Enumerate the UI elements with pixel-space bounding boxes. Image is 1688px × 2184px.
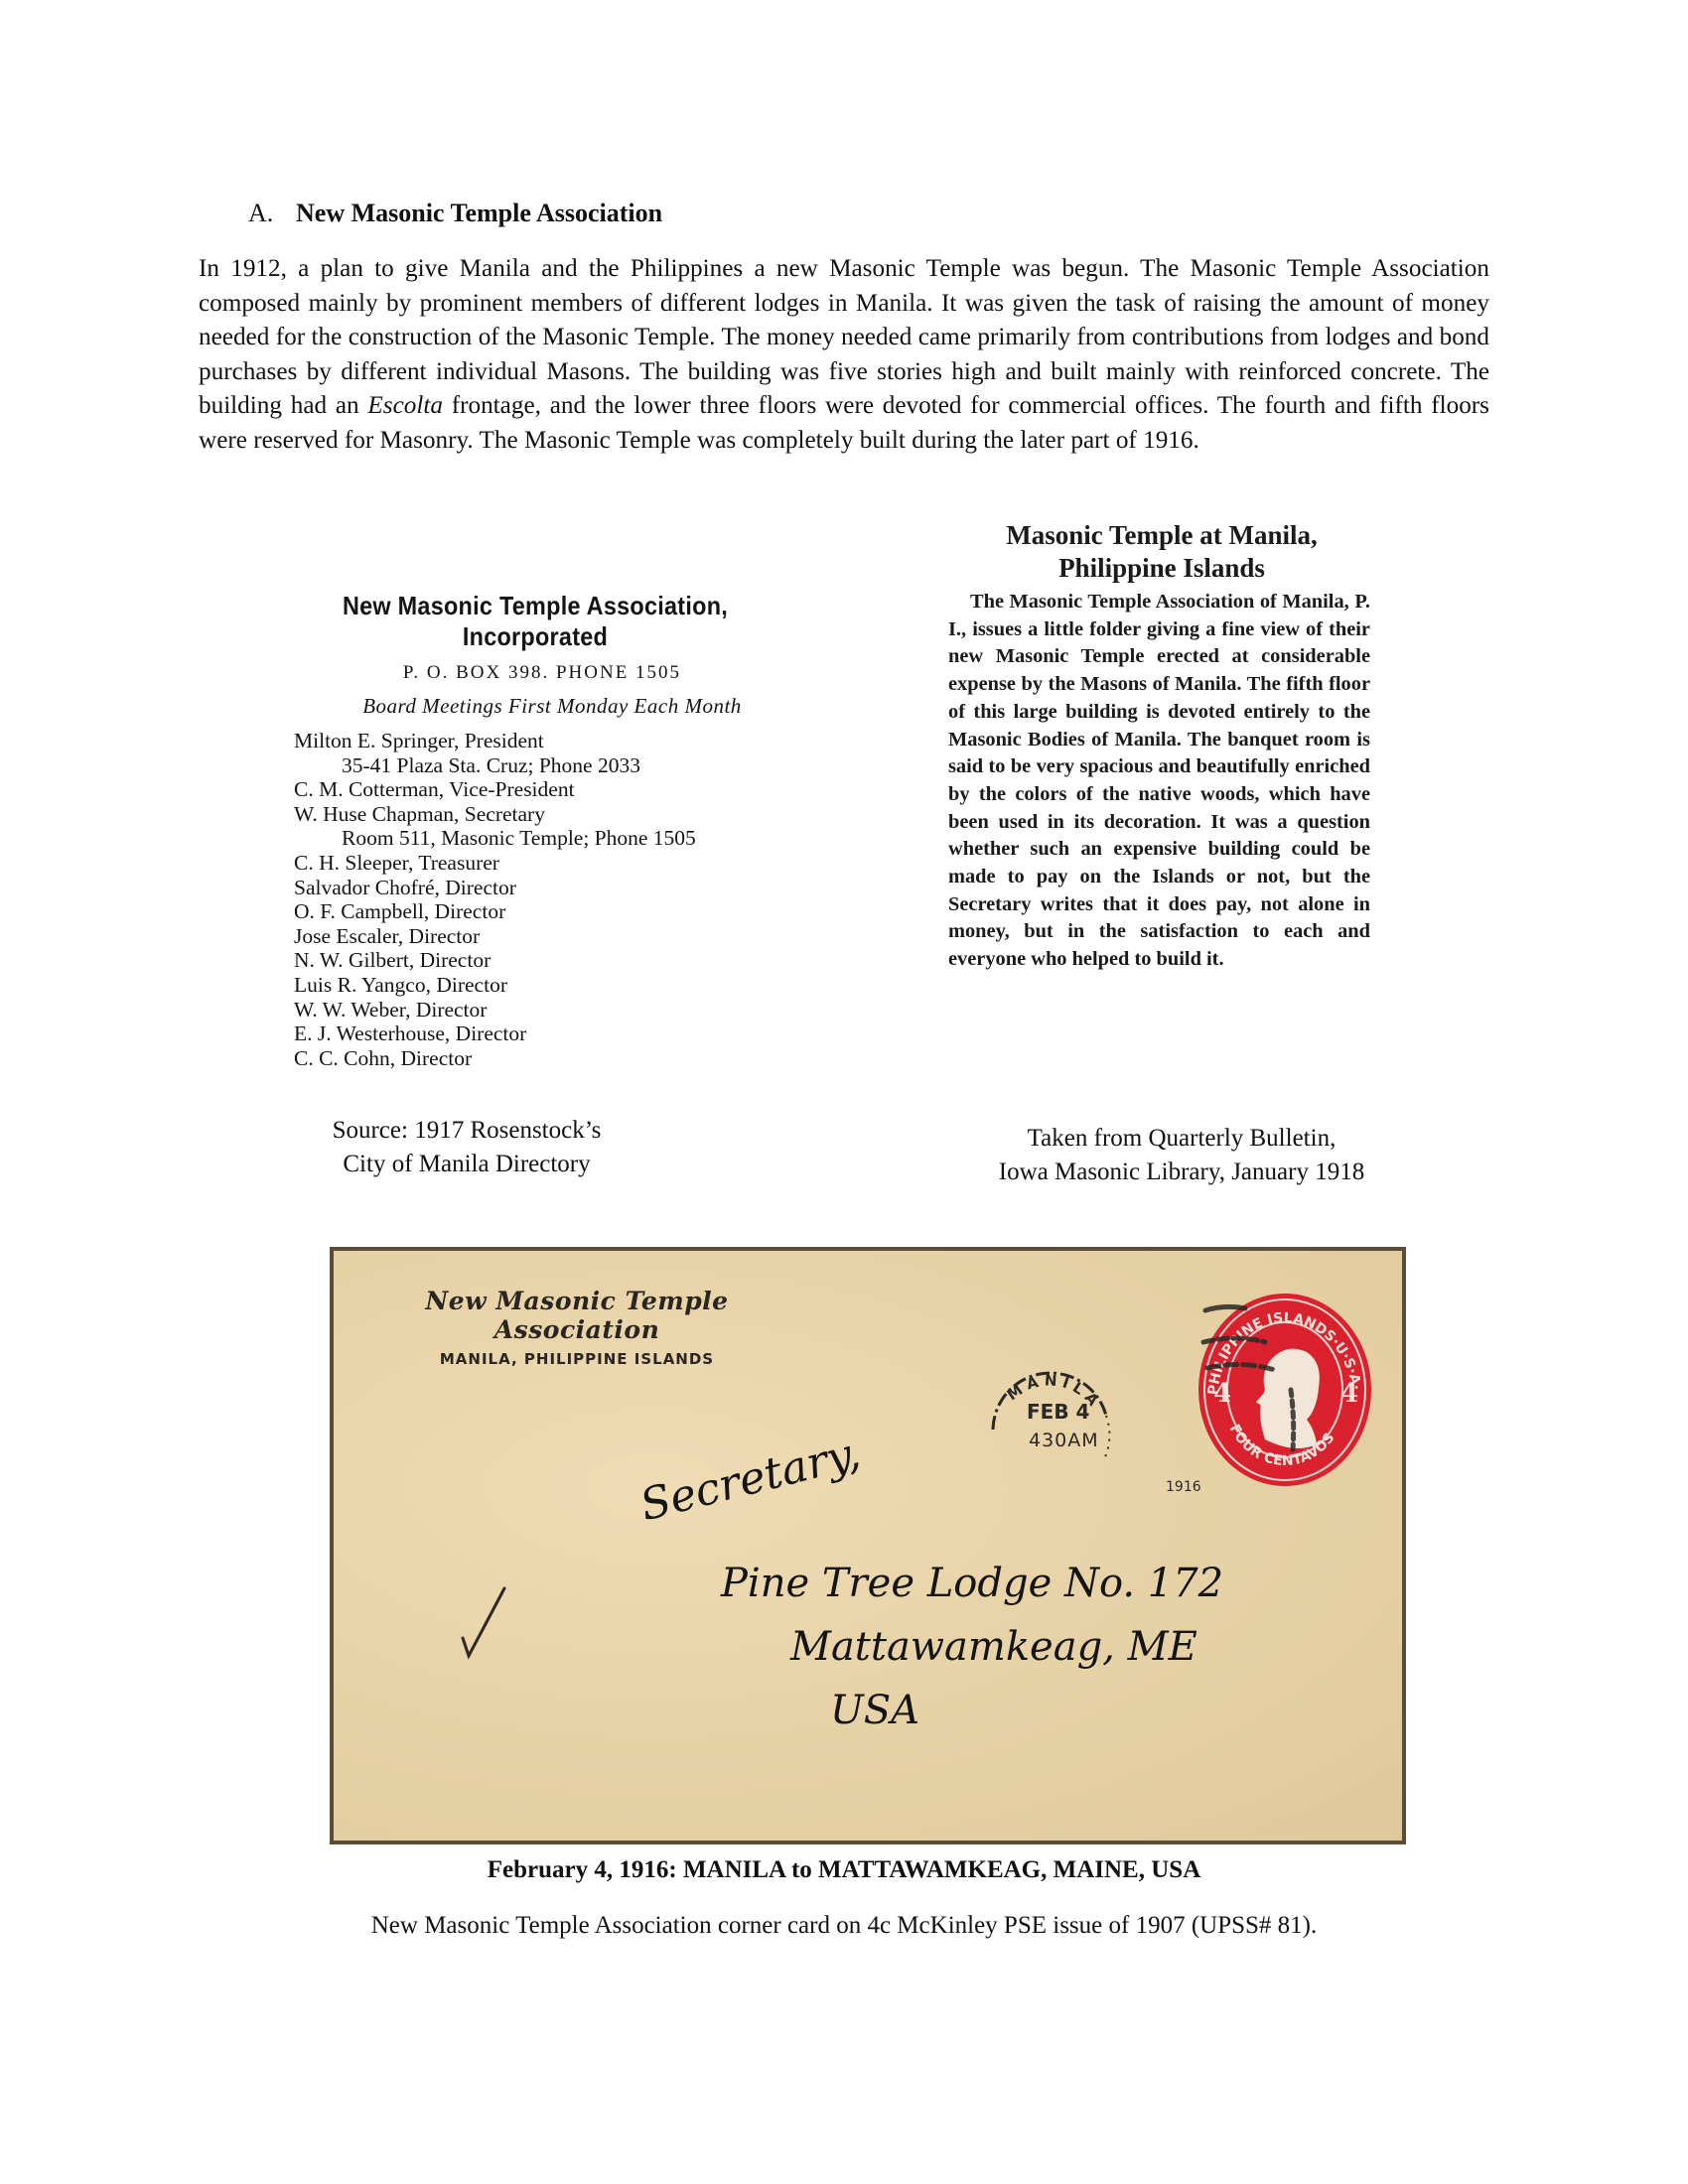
directory-title: New Masonic Temple Association, Incorpor… <box>294 591 776 652</box>
directory-meetings: Board Meetings First Monday Each Month <box>294 694 810 719</box>
article-body-text: The Masonic Temple Association of Manila… <box>948 591 1370 970</box>
address-line-3: Mattawamkeag, ME <box>790 1624 1197 1670</box>
stamp-value-right: 4 <box>1340 1379 1358 1409</box>
directory-entry: W. Huse Chapman, Secretary <box>294 802 830 827</box>
intro-paragraph: In 1912, a plan to give Manila and the P… <box>199 252 1489 459</box>
stamp-value-left: 4 <box>1213 1379 1231 1409</box>
section-number: A. <box>248 199 296 228</box>
directory-source-line2: City of Manila Directory <box>298 1148 635 1181</box>
directory-source-caption: Source: 1917 Rosenstock’s City of Manila… <box>298 1114 635 1181</box>
directory-entry: Jose Escaler, Director <box>294 924 830 949</box>
bulletin-source-caption: Taken from Quarterly Bulletin, Iowa Maso… <box>943 1122 1420 1189</box>
section-title: New Masonic Temple Association <box>296 199 662 227</box>
directory-entry: N. W. Gilbert, Director <box>294 948 830 973</box>
directory-contact: P. O. BOX 398. PHONE 1505 <box>294 662 790 684</box>
directory-entry: 35-41 Plaza Sta. Cruz; Phone 2033 <box>294 753 830 778</box>
directory-entry: Milton E. Springer, President <box>294 729 830 753</box>
address-line-1: Secretary, <box>635 1428 865 1531</box>
cover-caption-description: New Masonic Temple Association corner ca… <box>0 1912 1688 1940</box>
directory-entry: W. W. Weber, Director <box>294 998 830 1023</box>
directory-entry: Salvador Chofré, Director <box>294 876 830 900</box>
bulletin-source-line2: Iowa Masonic Library, January 1918 <box>943 1156 1420 1189</box>
directory-entry: C. H. Sleeper, Treasurer <box>294 851 830 876</box>
directory-entry: C. C. Cohn, Director <box>294 1046 830 1071</box>
article-title-line2: Philippine Islands <box>958 552 1365 585</box>
envelope-cover-image: New Masonic Temple Association MANILA, P… <box>330 1247 1406 1844</box>
checkmark-icon <box>453 1578 512 1668</box>
stamp-mckinley-icon: PHILIPPINE ISLANDS·U·S·A· FOUR CENTAVOS … <box>1196 1291 1374 1489</box>
intro-italic-term: Escolta <box>367 392 443 419</box>
cover-caption-title: February 4, 1916: MANILA to MATTAWAMKEAG… <box>0 1856 1688 1884</box>
directory-entry: C. M. Cotterman, Vice-President <box>294 777 830 802</box>
address-line-2: Pine Tree Lodge No. 172 <box>721 1561 1223 1606</box>
directory-source-line1: Source: 1917 Rosenstock’s <box>298 1114 635 1148</box>
postmark-date: FEB 4 <box>1027 1400 1089 1424</box>
corner-card: New Masonic Temple Association MANILA, P… <box>413 1287 741 1368</box>
article-title: Masonic Temple at Manila, Philippine Isl… <box>958 519 1365 585</box>
section-heading: A.New Masonic Temple Association <box>248 199 662 228</box>
directory-entry: Luis R. Yangco, Director <box>294 973 830 998</box>
corner-card-name: New Masonic Temple Association <box>413 1287 741 1344</box>
directory-entry: Room 511, Masonic Temple; Phone 1505 <box>294 826 830 851</box>
bulletin-clipping: Masonic Temple at Manila, Philippine Isl… <box>948 519 1375 974</box>
directory-entry: E. J. Westerhouse, Director <box>294 1022 830 1046</box>
directory-officer-list: Milton E. Springer, President35-41 Plaza… <box>294 729 830 1070</box>
corner-card-place: MANILA, PHILIPPINE ISLANDS <box>413 1350 741 1368</box>
article-body: The Masonic Temple Association of Manila… <box>948 589 1370 974</box>
directory-clipping: New Masonic Temple Association, Incorpor… <box>294 591 830 1070</box>
bulletin-source-line1: Taken from Quarterly Bulletin, <box>943 1122 1420 1156</box>
directory-entry: O. F. Campbell, Director <box>294 899 830 924</box>
article-title-line1: Masonic Temple at Manila, <box>958 519 1365 552</box>
address-line-4: USA <box>830 1688 919 1733</box>
postmark-time: 430AM <box>1029 1430 1099 1451</box>
